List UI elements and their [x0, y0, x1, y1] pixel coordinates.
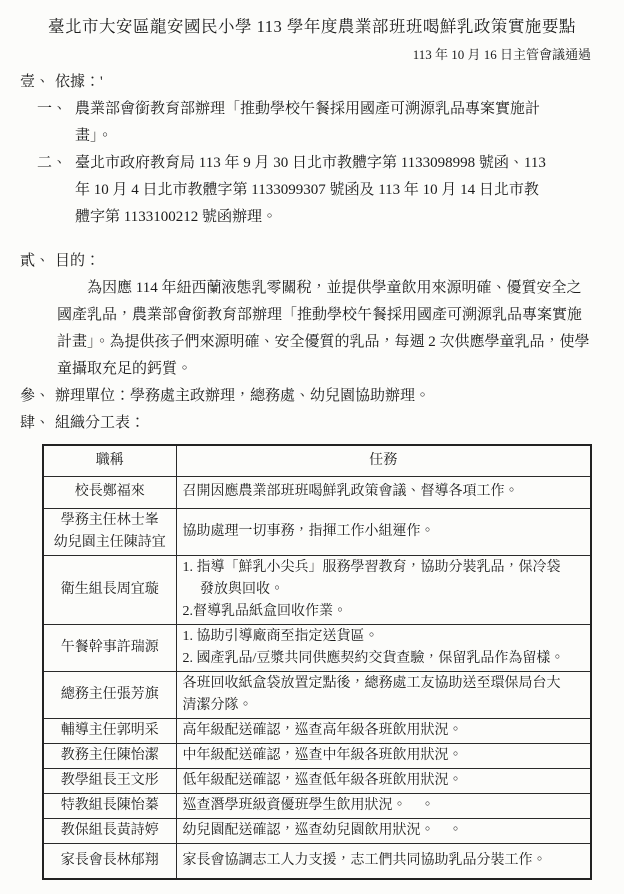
section-division-heading: 肆、 組織分工表： [20, 410, 594, 437]
document-title: 臺北市大安區龍安國民小學 113 學年度農業部班班喝鮮乳政策實施要點 [0, 0, 624, 37]
job-title-cell: 總務主任張芳旗 [43, 671, 176, 718]
table-row: 輔導主任郭明采高年級配送確認，巡查高年級各班飲用狀況。 [43, 718, 591, 743]
section-heading-text: 依據：' [55, 69, 103, 96]
section-marker: 貳、 [20, 248, 55, 275]
section-purpose-heading: 貳、 目的： [20, 248, 594, 275]
table-row: 衛生組長周宜璇1. 指導「鮮乳小尖兵」服務學習教育，協助分裝乳品，保冷袋 發放與… [43, 555, 591, 624]
table-row: 家長會長林郁翔家長會協調志工人力支援，志工們共同協助乳品分裝工作。 [43, 843, 591, 879]
job-title-cell: 特教組長陳怡蓁 [43, 793, 176, 818]
purpose-paragraph: 為因應 114 年紐西蘭液態乳零關稅，並提供學童飲用來源明確、優質安全之國產乳品… [57, 275, 592, 383]
job-title-cell: 衛生組長周宜璇 [43, 555, 176, 624]
section-organizer: 參、 辦理單位：學務處主政辦理，總務處、幼兒園協助辦理。 [0, 383, 624, 410]
header-task: 任務 [176, 445, 591, 476]
task-cell: 1. 協助引導廠商至指定送貨區。2. 國產乳品/豆漿共同供應契約交貨查驗，保留乳… [176, 624, 591, 671]
basis-item-2: 二、 臺北市政府教育局 113 年 9 月 30 日北市教體字第 1133098… [37, 150, 594, 231]
task-cell: 各班回收紙盒袋放置定點後，總務處工友協助送至環保局台大清潔分隊。 [176, 671, 591, 718]
table-row: 總務主任張芳旗各班回收紙盒袋放置定點後，總務處工友協助送至環保局台大清潔分隊。 [43, 671, 591, 718]
section-heading-text: 目的： [55, 248, 100, 275]
task-cell: 高年級配送確認，巡查高年級各班飲用狀況。 [176, 718, 591, 743]
job-title-cell: 家長會長林郁翔 [43, 843, 176, 879]
section-marker: 肆、 [20, 410, 55, 437]
task-cell: 幼兒園配送確認，巡查幼兒園飲用狀況。 。 [176, 818, 591, 843]
task-cell: 巡查潛學班級資優班學生飲用狀況。 。 [176, 793, 591, 818]
task-cell: 低年級配送確認，巡查低年級各班飲用狀況。 [176, 768, 591, 793]
document-page: 臺北市大安區龍安國民小學 113 學年度農業部班班喝鮮乳政策實施要點 113 年… [0, 0, 624, 894]
task-cell: 1. 指導「鮮乳小尖兵」服務學習教育，協助分裝乳品，保冷袋 發放與回收。2.督導… [176, 555, 591, 624]
org-division-table: 職稱 任務 校長鄭福來召開因應農業部班班喝鮮乳政策會議、督導各項工作。學務主任林… [42, 444, 592, 880]
table-header-row: 職稱 任務 [43, 445, 591, 476]
table-row: 午餐幹事許瑞源1. 協助引導廠商至指定送貨區。2. 國產乳品/豆漿共同供應契約交… [43, 624, 591, 671]
task-cell: 協助處理一切事務，指揮工作小組運作。 [176, 508, 591, 555]
table-row: 校長鄭福來召開因應農業部班班喝鮮乳政策會議、督導各項工作。 [43, 476, 591, 508]
job-title-cell: 教務主任陳怡潔 [43, 743, 176, 768]
header-job-title: 職稱 [43, 445, 176, 476]
item-text: 臺北市政府教育局 113 年 9 月 30 日北市教體字第 1133098998… [75, 150, 547, 231]
table-row: 教學組長王文彤低年級配送確認，巡查低年級各班飲用狀況。 [43, 768, 591, 793]
job-title-cell: 校長鄭福來 [43, 476, 176, 508]
table-row: 教保組長黃詩婷幼兒園配送確認，巡查幼兒園飲用狀況。 。 [43, 818, 591, 843]
basis-item-1: 一、 農業部會銜教育部辦理「推動學校午餐採用國產可溯源乳品專案實施計畫」。 [37, 96, 594, 150]
item-marker: 二、 [37, 150, 75, 231]
table-row: 教務主任陳怡潔中年級配送確認，巡查中年級各班飲用狀況。 [43, 743, 591, 768]
job-title-cell: 學務主任林士峯幼兒園主任陳詩宜 [43, 508, 176, 555]
document-body: 壹、 依據：' 一、 農業部會銜教育部辦理「推動學校午餐採用國產可溯源乳品專案實… [0, 69, 624, 880]
job-title-cell: 午餐幹事許瑞源 [43, 624, 176, 671]
section-gap [0, 231, 624, 248]
section-marker: 參、 [20, 383, 55, 410]
section-marker: 壹、 [20, 69, 55, 96]
section-purpose: 貳、 目的： 為因應 114 年紐西蘭液態乳零關稅，並提供學童飲用來源明確、優質… [0, 248, 624, 383]
item-marker: 一、 [37, 96, 75, 150]
section-basis: 壹、 依據：' 一、 農業部會銜教育部辦理「推動學校午餐採用國產可溯源乳品專案實… [0, 69, 624, 231]
item-text: 農業部會銜教育部辦理「推動學校午餐採用國產可溯源乳品專案實施計畫」。 [75, 96, 547, 150]
task-cell: 召開因應農業部班班喝鮮乳政策會議、督導各項工作。 [176, 476, 591, 508]
task-cell: 中年級配送確認，巡查中年級各班飲用狀況。 [176, 743, 591, 768]
table-row: 特教組長陳怡蓁巡查潛學班級資優班學生飲用狀況。 。 [43, 793, 591, 818]
job-title-cell: 教學組長王文彤 [43, 768, 176, 793]
section-basis-heading: 壹、 依據：' [20, 69, 594, 96]
job-title-cell: 教保組長黃詩婷 [43, 818, 176, 843]
section-heading-text: 辦理單位：學務處主政辦理，總務處、幼兒園協助辦理。 [55, 383, 430, 410]
section-organizer-heading: 參、 辦理單位：學務處主政辦理，總務處、幼兒園協助辦理。 [20, 383, 594, 410]
org-table-body: 校長鄭福來召開因應農業部班班喝鮮乳政策會議、督導各項工作。學務主任林士峯幼兒園主… [43, 476, 591, 879]
task-cell: 家長會協調志工人力支援，志工們共同協助乳品分裝工作。 [176, 843, 591, 879]
section-division: 肆、 組織分工表： [0, 410, 624, 437]
approval-line: 113 年 10 月 16 日主管會議通過 [0, 44, 624, 63]
job-title-cell: 輔導主任郭明采 [43, 718, 176, 743]
section-heading-text: 組織分工表： [55, 410, 145, 437]
table-row: 學務主任林士峯幼兒園主任陳詩宜協助處理一切事務，指揮工作小組運作。 [43, 508, 591, 555]
